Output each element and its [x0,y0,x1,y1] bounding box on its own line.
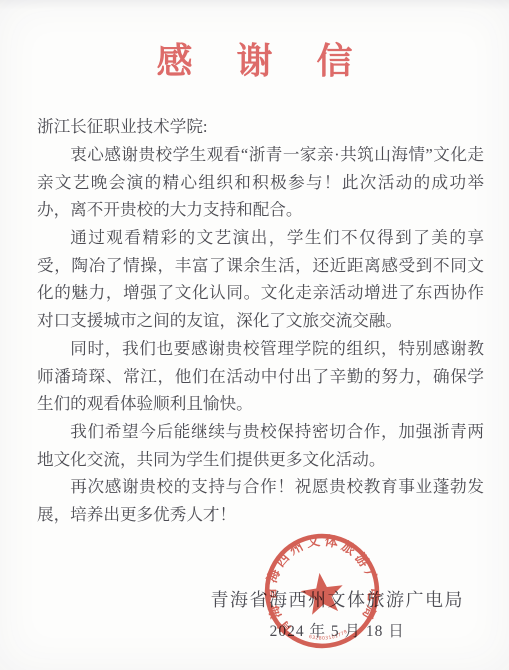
paragraph-2: 通过观看精彩的文艺演出，学生们不仅得到了美的享受，陶冶了情操，丰富了课余生活，还… [37,224,484,335]
salutation: 浙江长征职业技术学院: [37,113,484,141]
paragraph-3: 同时，我们也要感谢贵校管理学院的组织，特别感谢教师潘琦琛、常江，他们在活动中付出… [37,335,484,418]
paragraph-1: 衷心感谢贵校学生观看“浙青一家亲·共筑山海情”文化走亲文艺晚会演的精心组织和积极… [37,141,484,224]
letter-page: 感谢信 浙江长征职业技术学院: 衷心感谢贵校学生观看“浙青一家亲·共筑山海情”文… [0,0,509,670]
signature-date: 2024 年 5 月 18 日 [211,619,465,641]
paragraph-4: 我们希望今后能继续与贵校保持密切合作，加强浙青两地文化交流，共同为学生们提供更多… [37,418,484,473]
signature-block: 青海省海西州文体旅游广电局 2024 年 5 月 18 日 [211,586,465,641]
letter-title: 感谢信 [0,40,509,83]
letter-body: 浙江长征职业技术学院: 衷心感谢贵校学生观看“浙青一家亲·共筑山海情”文化走亲文… [37,113,484,529]
paragraph-5: 再次感谢贵校的支持与合作！祝愿贵校教育事业蓬勃发展，培养出更多优秀人才！ [37,473,484,528]
signature-org: 青海省海西州文体旅游广电局 [211,586,465,612]
